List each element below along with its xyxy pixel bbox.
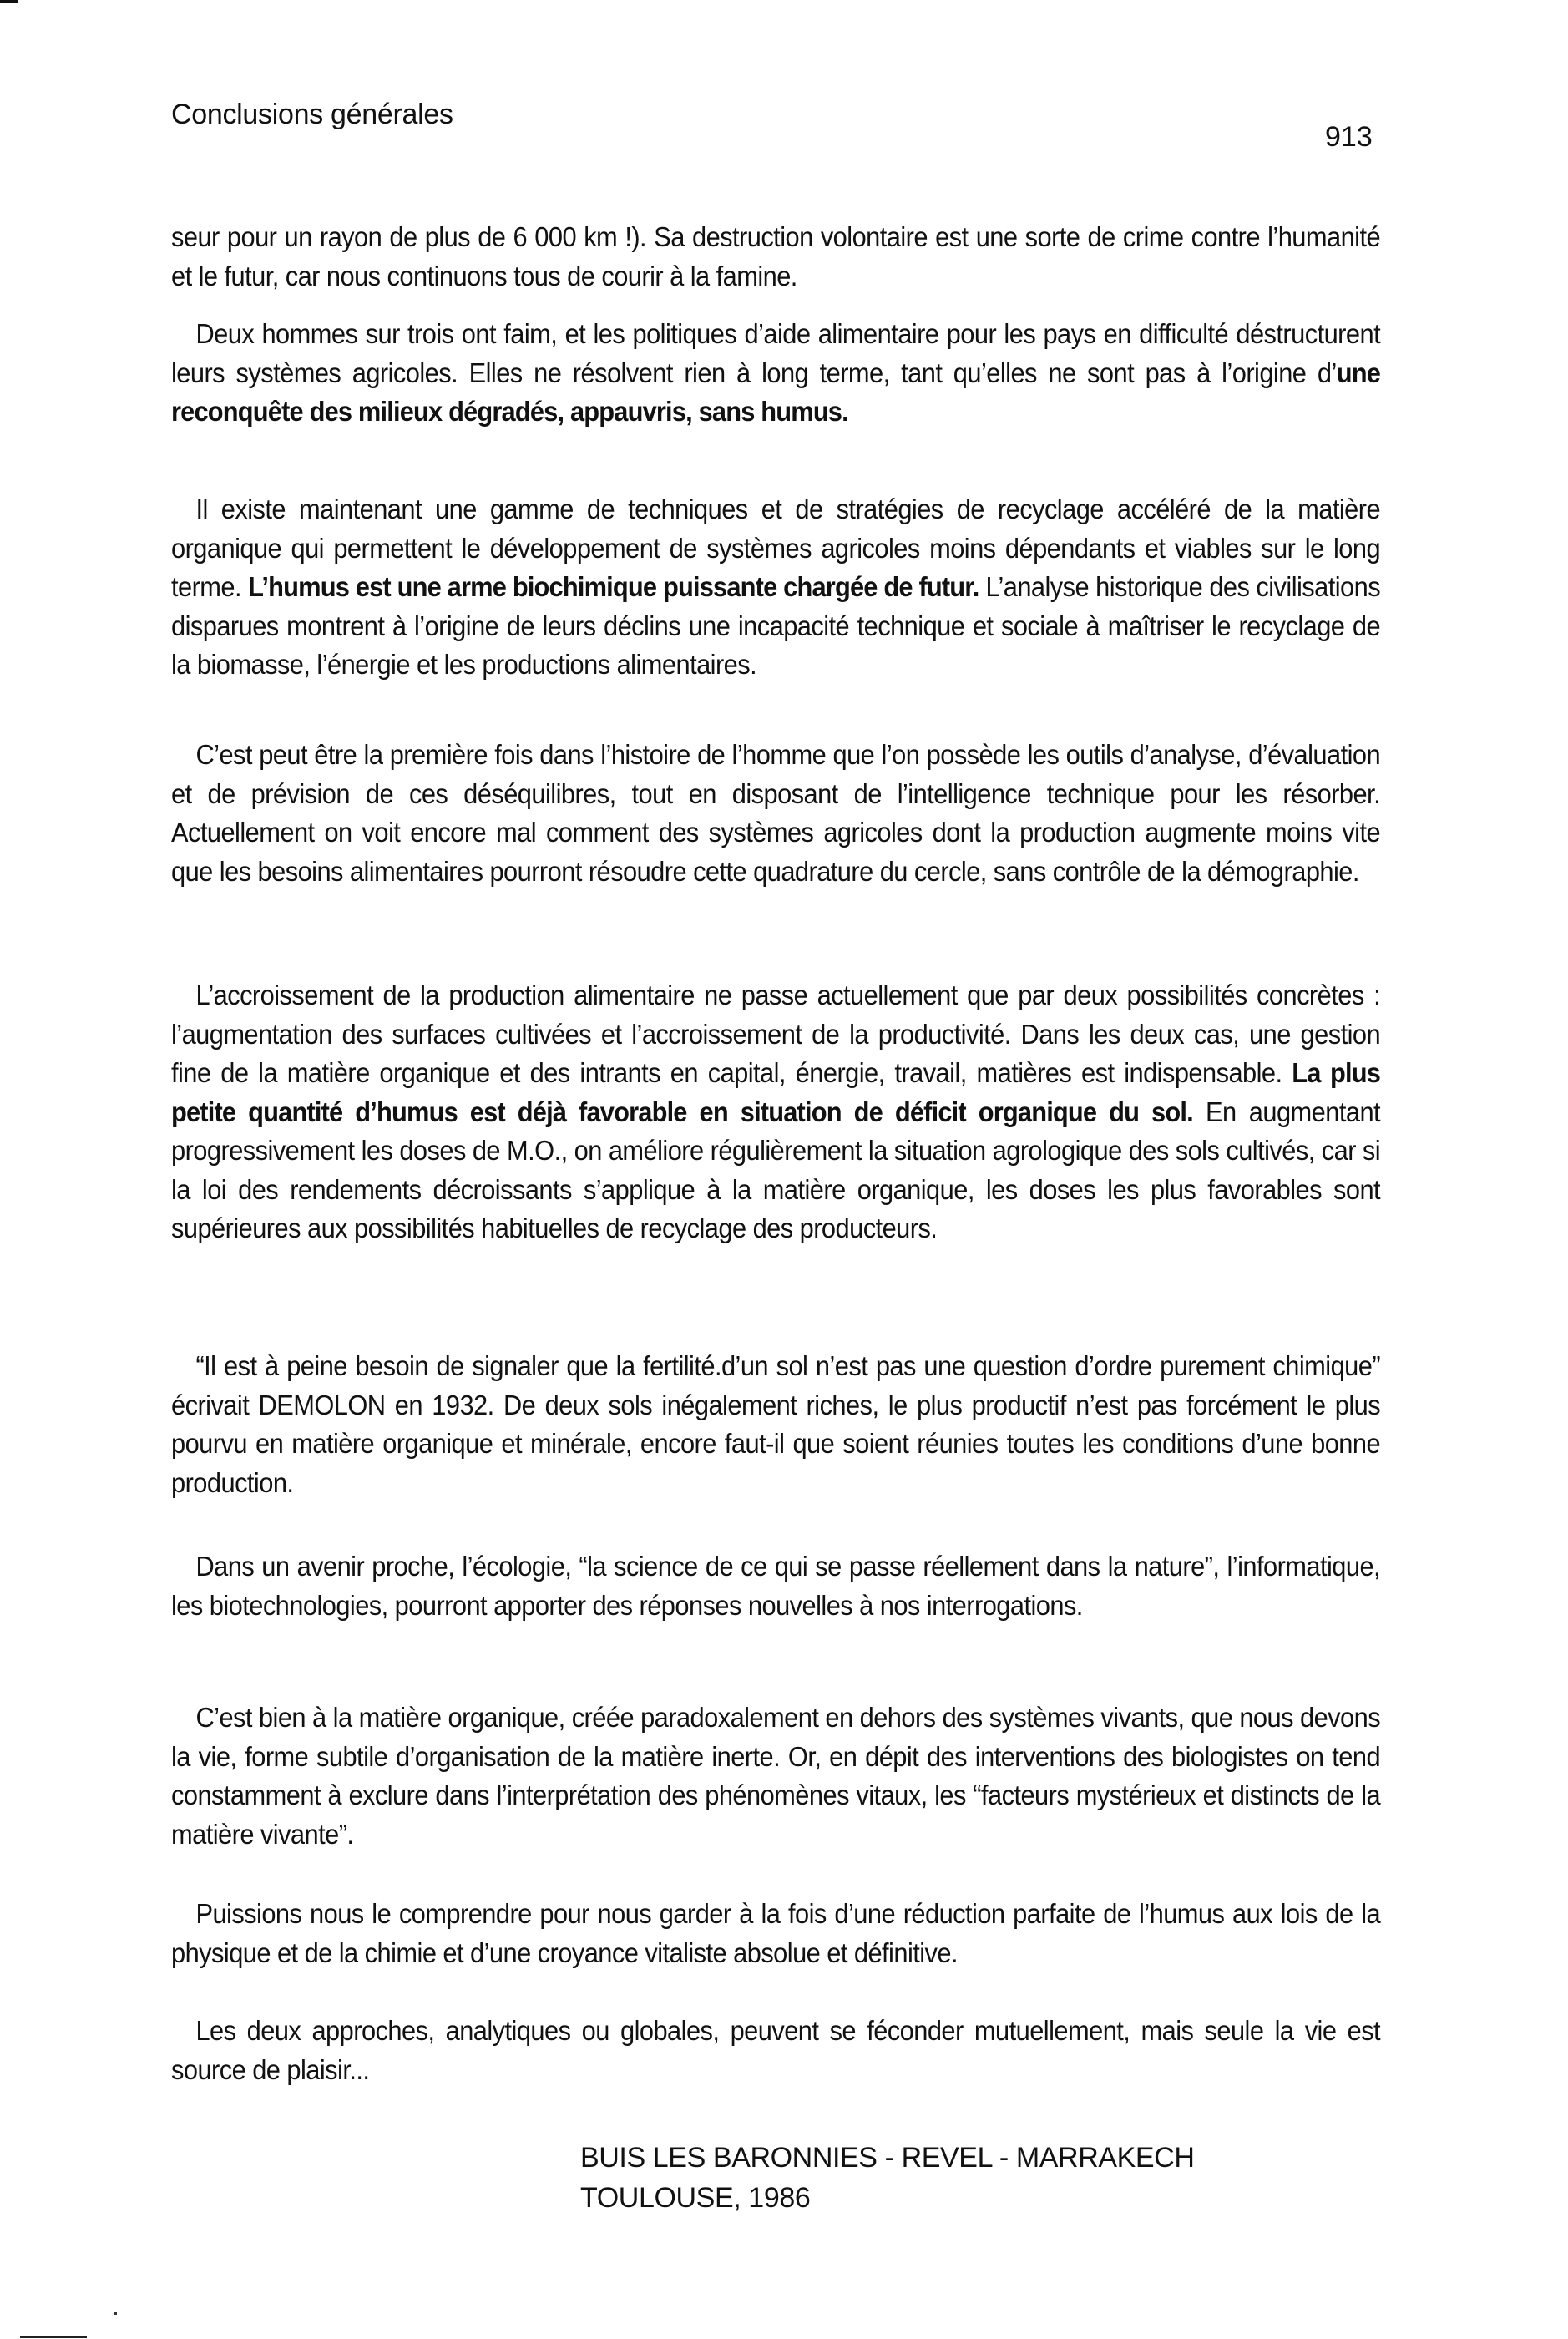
emphasis-text: L’humus est une arme biochimique puissan…	[248, 572, 979, 603]
signature-places: BUIS LES BARONNIES - REVEL - MARRAKECH	[580, 2138, 1195, 2178]
paragraph-10: Les deux approches, analytiques ou globa…	[171, 2012, 1380, 2090]
paragraph-text: L’accroissement de la production aliment…	[171, 980, 1380, 1089]
paragraph-text: “Il est à peine besoin de signaler que l…	[171, 1351, 1380, 1499]
paragraph-4: C’est peut être la première fois dans l’…	[171, 737, 1380, 892]
paragraph-text: C’est peut être la première fois dans l’…	[171, 740, 1380, 888]
paragraph-3: Il existe maintenant une gamme de techni…	[171, 491, 1380, 686]
paragraph-5: L’accroissement de la production aliment…	[171, 977, 1380, 1249]
scan-edge-mark	[20, 2336, 87, 2338]
paragraph-text: Deux hommes sur trois ont faim, et les p…	[171, 319, 1380, 389]
paragraph-text: Les deux approches, analytiques ou globa…	[171, 2016, 1380, 2086]
paragraph-6: “Il est à peine besoin de signaler que l…	[171, 1348, 1380, 1503]
running-header-title: Conclusions générales	[171, 99, 453, 131]
paragraph-text: seur pour un rayon de plus de 6 000 km !…	[171, 222, 1380, 292]
paragraph-9: Puissions nous le comprendre pour nous g…	[171, 1896, 1380, 1973]
paragraph-2: Deux hommes sur trois ont faim, et les p…	[171, 316, 1380, 433]
paragraph-7: Dans un avenir proche, l’écologie, “la s…	[171, 1548, 1380, 1626]
paragraph-text: C’est bien à la matière organique, créée…	[171, 1703, 1380, 1850]
document-page: Conclusions générales 913 seur pour un r…	[0, 0, 1568, 2339]
paragraph-8: C’est bien à la matière organique, créée…	[171, 1699, 1380, 1855]
paragraph-text: Dans un avenir proche, l’écologie, “la s…	[171, 1552, 1380, 1622]
scan-speck	[114, 2312, 117, 2315]
paragraph-text: Puissions nous le comprendre pour nous g…	[171, 1899, 1380, 1969]
scan-edge-mark	[0, 0, 18, 3]
paragraph-1: seur pour un rayon de plus de 6 000 km !…	[171, 219, 1380, 296]
page-number: 913	[1325, 121, 1373, 154]
signature-block: BUIS LES BARONNIES - REVEL - MARRAKECH T…	[580, 2138, 1195, 2218]
signature-city-year: TOULOUSE, 1986	[580, 2178, 1195, 2218]
